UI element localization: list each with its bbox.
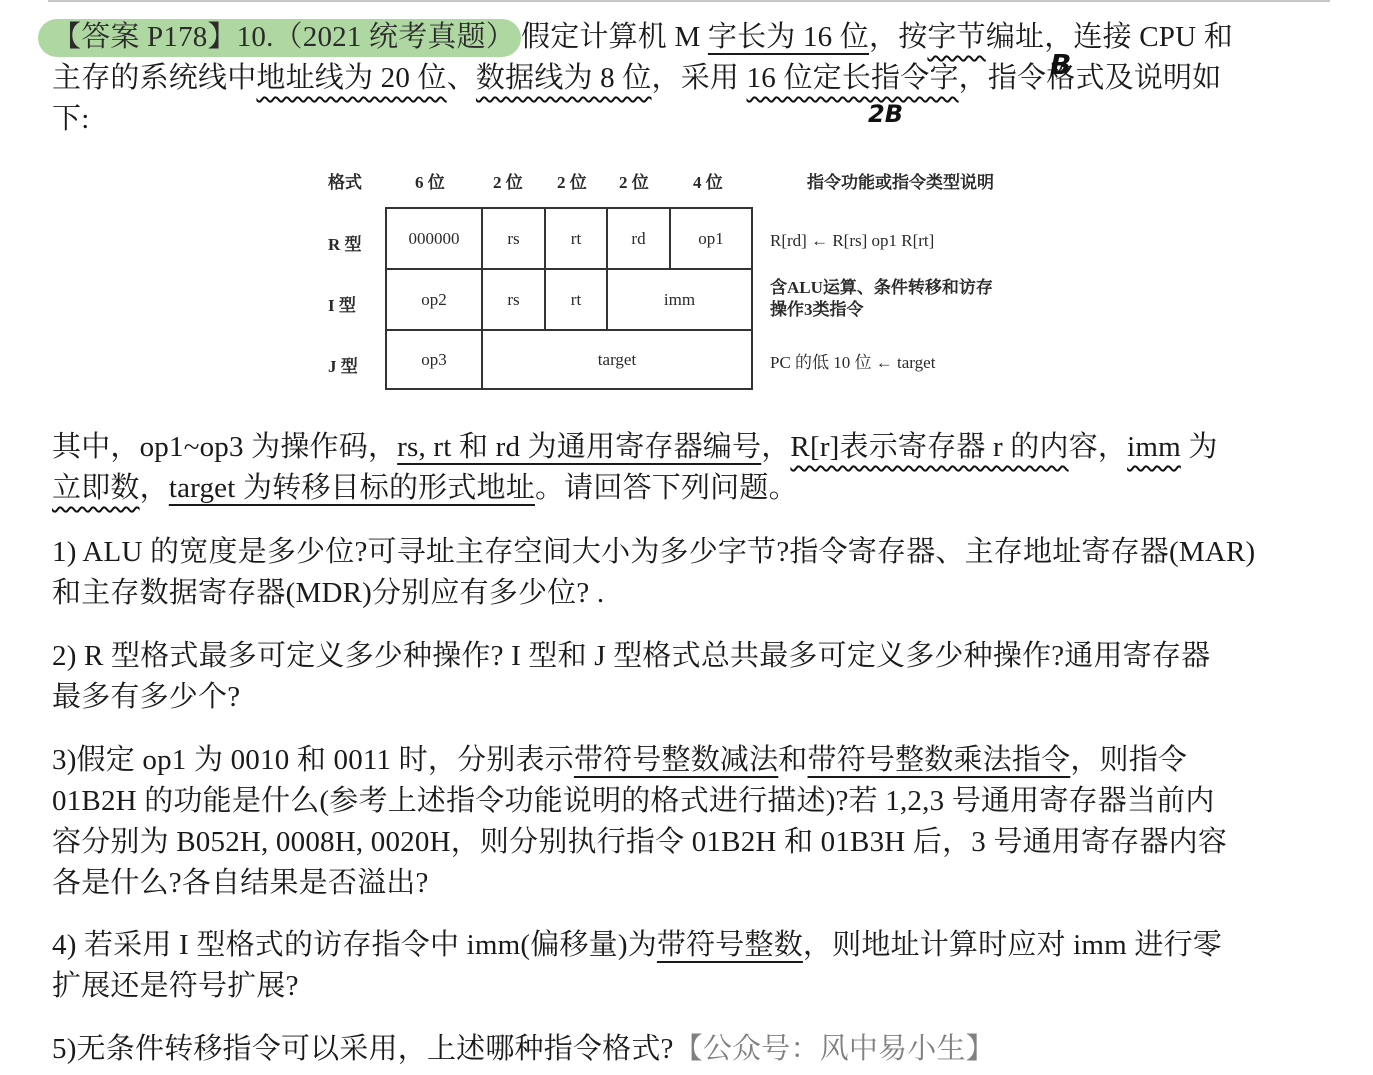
top-divider xyxy=(48,0,1330,2)
intro-line-2: 主存的系统线中地址线为 20 位、数据线为 8 位，采用 16 位定长指令字，指… xyxy=(52,58,1342,99)
header-description: 指令功能或指令类型说明 xyxy=(807,168,994,193)
desc-text: PC 的低 10 位 ← target xyxy=(770,353,935,372)
intro-text: 下: xyxy=(52,103,89,135)
question-line: 扩展还是符号扩展? xyxy=(52,966,1342,1007)
desc-i-type: 含ALU运算、条件转移和访存 操作3类指令 xyxy=(770,277,993,321)
underlined-register-ids: rs, rt 和 rd 为通用寄存器编号 xyxy=(397,431,761,463)
header-2bit: 2 位 xyxy=(493,168,523,193)
question-1: 1) ALU 的宽度是多少位?可寻址主存空间大小为多少字节?指令寄存器、主存地址… xyxy=(52,532,1342,614)
intro-text: 、 xyxy=(447,62,476,94)
format-grid: 000000 rs rt rd op1 op2 rs rt imm op3 ta… xyxy=(385,207,753,390)
explanation-text: 。请回答下列问题。 xyxy=(535,472,798,504)
question-3: 3)假定 op1 为 0010 和 0011 时，分别表示带符号整数减法和带符号… xyxy=(52,740,1342,904)
underlined-signed-sub: 带符号整数减法 xyxy=(574,744,778,776)
field-cell: target xyxy=(483,331,751,388)
question-2: 2) R 型格式最多可定义多少种操作? I 型和 J 型格式总共最多可定义多少种… xyxy=(52,636,1342,718)
explanation-text: 为 xyxy=(1181,431,1218,463)
wavy-data-lines: 数据线为 8 位 xyxy=(476,62,652,94)
desc-r-type: R[rd] ← R[rs] op1 R[rt] xyxy=(770,230,934,252)
underlined-signed-int: 带符号整数 xyxy=(657,929,803,961)
row-label-i-type: I 型 xyxy=(328,291,356,316)
question-line: 和主存数据寄存器(MDR)分别应有多少位? . xyxy=(52,573,1342,614)
intro-line-1: 【答案 P178】10.（2021 统考真题）假定计算机 M 字长为 16 位，… xyxy=(52,17,1342,58)
wavy-immediate: 立即数 xyxy=(52,472,140,504)
question-line: 01B2H 的功能是什么(参考上述指令功能说明的格式进行描述)?若 1,2,3 … xyxy=(52,781,1342,822)
question-line: 4) 若采用 I 型格式的访存指令中 imm(偏移量)为带符号整数，则地址计算时… xyxy=(52,925,1342,966)
field-cell: op1 xyxy=(671,209,751,270)
explanation-text: 其中，op1~op3 为操作码， xyxy=(52,431,397,463)
question-text: 3)假定 op1 为 0010 和 0011 时，分别表示 xyxy=(52,744,574,776)
intro-text: 编址，连接 CPU 和 xyxy=(986,21,1233,53)
row-label-j-type: J 型 xyxy=(328,352,358,377)
handwritten-byte-note: B xyxy=(1050,48,1071,81)
header-6bit: 6 位 xyxy=(415,168,445,193)
desc-text: R[rd] ← R[rs] op1 R[rt] xyxy=(770,231,934,250)
question-text: 5)无条件转移指令可以采用，上述哪种指令格式? xyxy=(52,1033,674,1065)
question-line: 1) ALU 的宽度是多少位?可寻址主存空间大小为多少字节?指令寄存器、主存地址… xyxy=(52,532,1342,573)
intro-text: ，按 xyxy=(869,21,927,53)
field-cell: op2 xyxy=(387,270,483,331)
field-cell: op3 xyxy=(387,331,483,388)
watermark-credit: 【公众号：风中易小生】 xyxy=(674,1033,995,1065)
field-cell: 000000 xyxy=(387,209,483,270)
question-4: 4) 若采用 I 型格式的访存指令中 imm(偏移量)为带符号整数，则地址计算时… xyxy=(52,925,1342,1007)
question-line: 2) R 型格式最多可定义多少种操作? I 型和 J 型格式总共最多可定义多少种… xyxy=(52,636,1342,677)
question-intro: 【答案 P178】10.（2021 统考真题）假定计算机 M 字长为 16 位，… xyxy=(52,17,1342,140)
intro-text: 主存的系统线中 xyxy=(52,62,256,94)
header-2bit: 2 位 xyxy=(557,168,587,193)
wavy-byte: 字节 xyxy=(927,21,985,53)
answer-page-tag: 【答案 P178】 xyxy=(52,21,237,53)
question-line: 各是什么?各自结果是否溢出? xyxy=(52,863,1342,904)
wavy-register-content: R[r]表示寄存器 r 的内 xyxy=(790,431,1068,463)
question-line: 3)假定 op1 为 0010 和 0011 时，分别表示带符号整数减法和带符号… xyxy=(52,740,1342,781)
explanation-line-2: 立即数，target 为转移目标的形式地址。请回答下列问题。 xyxy=(52,468,1342,509)
question-source: （2021 统考真题） xyxy=(274,21,515,53)
row-label-r-type: R 型 xyxy=(328,230,362,255)
field-cell: rt xyxy=(546,209,608,270)
explanation: 其中，op1~op3 为操作码，rs, rt 和 rd 为通用寄存器编号，R[r… xyxy=(52,427,1342,509)
explanation-text: ， xyxy=(761,431,790,463)
question-line: 最多有多少个? xyxy=(52,677,1342,718)
intro-line-3: 下: xyxy=(52,99,1342,140)
highlighted-source: 【答案 P178】10.（2021 统考真题） xyxy=(38,19,521,57)
field-cell: rs xyxy=(483,209,546,270)
question-number: 10. xyxy=(237,21,274,53)
header-format: 格式 xyxy=(328,168,362,193)
question-text: 和 xyxy=(778,744,807,776)
underlined-target: target 为转移目标的形式地址 xyxy=(169,472,535,504)
field-cell: imm xyxy=(608,270,751,331)
desc-text: 操作3类指令 xyxy=(770,299,993,321)
intro-text: ，指令格式及说明如 xyxy=(959,62,1222,94)
header-4bit: 4 位 xyxy=(693,168,723,193)
question-line: 容分别为 B052H, 0008H, 0020H，则分别执行指令 01B2H 和… xyxy=(52,822,1342,863)
desc-j-type: PC 的低 10 位 ← target xyxy=(770,352,935,374)
question-5: 5)无条件转移指令可以采用，上述哪种指令格式?【公众号：风中易小生】 xyxy=(52,1029,1342,1070)
field-cell: rt xyxy=(546,270,608,331)
explanation-text: ， xyxy=(140,472,169,504)
underlined-word-length: 字长为 16 位 xyxy=(708,21,869,53)
underlined-signed-mul: 带符号整数乘法指令 xyxy=(808,744,1071,776)
question-line: 5)无条件转移指令可以采用，上述哪种指令格式?【公众号：风中易小生】 xyxy=(52,1029,1342,1070)
wavy-imm: imm xyxy=(1127,431,1181,463)
desc-text: 含ALU运算、条件转移和访存 xyxy=(770,277,993,299)
question-text: ，则指令 xyxy=(1070,744,1187,776)
header-2bit: 2 位 xyxy=(619,168,649,193)
handwritten-2b-note: 2B xyxy=(868,100,903,128)
intro-text: ，采用 xyxy=(652,62,747,94)
wavy-instruction-length: 16 位定长指令字 xyxy=(747,62,959,94)
explanation-text: 容， xyxy=(1069,431,1127,463)
explanation-line-1: 其中，op1~op3 为操作码，rs, rt 和 rd 为通用寄存器编号，R[r… xyxy=(52,427,1342,468)
field-cell: rs xyxy=(483,270,546,331)
wavy-address-lines: 地址线为 20 位 xyxy=(256,62,446,94)
question-text: ，则地址计算时应对 imm 进行零 xyxy=(803,929,1222,961)
intro-text: 假定计算机 M xyxy=(521,21,708,53)
question-text: 4) 若采用 I 型格式的访存指令中 imm(偏移量)为 xyxy=(52,929,657,961)
field-cell: rd xyxy=(608,209,671,270)
instruction-format-figure: 格式 6 位 2 位 2 位 2 位 4 位 指令功能或指令类型说明 R 型 I… xyxy=(320,160,1040,400)
